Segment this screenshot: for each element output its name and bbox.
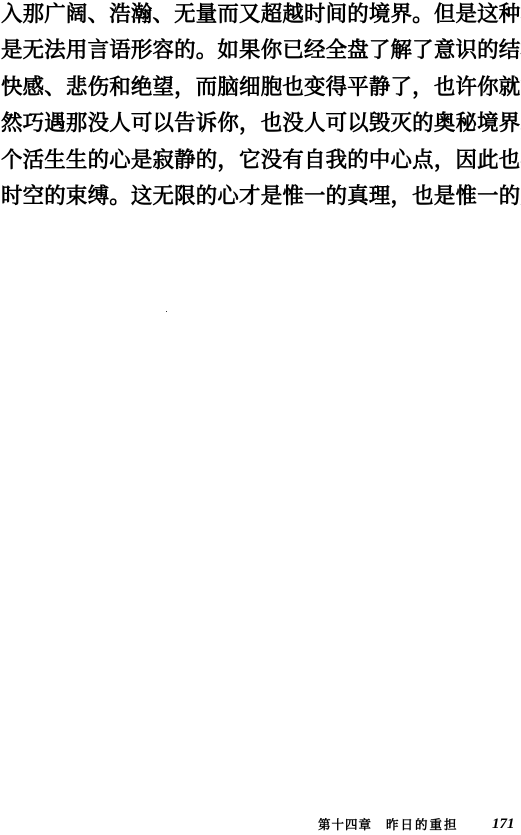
text-line-3: 快感、悲伤和绝望，而脑细胞也变得平静了，也许你就能突 — [1, 75, 521, 101]
page-number: 171 — [492, 814, 515, 834]
text-line-5: 个活生生的心是寂静的，它没有自我的中心点，因此也不受 — [1, 148, 521, 174]
footer-chapter-title: 昨日的重担 — [386, 817, 459, 832]
footer-chapter: 第十四章 — [318, 817, 372, 832]
text-line-2: 是无法用言语形容的。如果你已经全盘了解了意识的结构、 — [1, 38, 521, 64]
text-line-6: 时空的束缚。这无限的心才是惟一的真理，也是惟一的实相。 — [1, 184, 521, 210]
book-page: 入那广阔、浩瀚、无量而又超越时间的境界。但是这种境界 是无法用言语形容的。如果你… — [0, 0, 521, 835]
running-footer: 第十四章昨日的重担 — [318, 816, 459, 834]
scan-speck — [166, 311, 167, 312]
text-line-1: 入那广阔、浩瀚、无量而又超越时间的境界。但是这种境界 — [1, 2, 521, 28]
text-line-4: 然巧遇那没人可以告诉你，也没人可以毁灭的奥秘境界。这 — [1, 111, 521, 137]
